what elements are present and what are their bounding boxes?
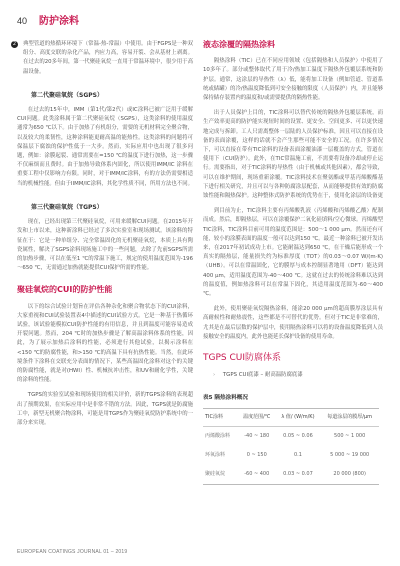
left-column: 2 典型管道的热循环环境下（常温-热-常温）中使用。由于FGPS是一种双组分、高… <box>17 40 193 434</box>
tic-table: TIC涂料 温度范围/℃ λ 值/ (W/m/K) 每道涂层的膜厚/μm 丙烯酸… <box>203 408 379 486</box>
tgps-cui-heading: TGPS CUI防腐体系 <box>203 354 383 363</box>
cui-paragraph-2: TGPS的实验室试验和现场使用的相关评价，新的TGPS涂料的表现超出了预期效果，… <box>17 391 193 428</box>
footer-journal: EUROPEAN COATINGS JOURNAL 01 – 2019 <box>17 549 127 555</box>
tgps-paragraph: 现在，已经出现第三代聚硅氧烷，可用来缓解CUI问题。在2015年开发和上市以来，… <box>17 218 193 273</box>
chevron-right-icon: › <box>213 372 215 378</box>
right-column: 液态涂覆的隔热涂料 隔热涂料（TIC）已在不同应用领域（包括隔热和人员保护）中使… <box>203 38 383 485</box>
table-header: TIC涂料 <box>203 408 238 426</box>
sgps-paragraph: 在过去的15年中，IMM（第1代/第2代）或IC涂料已被广泛用于缓解CUI问题。… <box>17 106 193 189</box>
tgps-heading: 第三代聚硅氧烷（TGPS） <box>31 203 193 212</box>
table-row: 环氧涂料 0 ~ 150 0.1 5 000 ~ 19 000 <box>203 446 379 465</box>
tic-paragraph-2: 出于人员保护上目的，TIC涂料可以替代传统的隔热外包覆层系统，而生产效率更高的防… <box>203 109 383 201</box>
table-row: 聚硅氧烷 -60 ~ 400 0.03 ~ 0.07 20 000 (800) <box>203 465 379 485</box>
table-header: λ 值/ (W/m/K) <box>276 408 321 426</box>
table-header: 每道涂层的膜厚/μm <box>320 408 379 426</box>
tic-paragraph-4: 此外，使用聚硅氧烷隔热涂料，能涂20 000 μm的超高膜厚涂层具有高耐候性和耐… <box>203 305 383 342</box>
table-row: 丙烯酸涂料 -40 ~ 180 0.05 ~ 0.06 500 ~ 1 000 <box>203 426 379 446</box>
cui-heading: 聚硅氧烷的CUI的防护性能 <box>17 285 193 294</box>
tic-paragraph-1: 隔热涂料（TIC）已在不同应用领域（包括隔热和人员保护）中使用了10多年了。部分… <box>203 57 383 103</box>
table-caption: 表5 隔热涂料概况 <box>203 394 383 403</box>
sgps-heading: 第二代聚硅氧烷（SGPS） <box>31 91 193 100</box>
intro-paragraph: 2 典型管道的热循环环境下（常温-热-常温）中使用。由于FGPS是一种双组分、高… <box>17 40 193 77</box>
tic-paragraph-3: 到目前为止，TIC涂料主要有丙烯酸乳液（丙烯酸和丙烯酸乙酸）配制而成。然后，即隔… <box>203 207 383 299</box>
page-header: 40 防护涂料 <box>17 12 79 27</box>
list-item: › TGPS CUI底漆 – 耐高温防腐底漆 <box>213 371 383 380</box>
table-header: 温度范围/℃ <box>238 408 276 426</box>
cui-paragraph-1: 以下的综合试验计划旨在评估各种杂化和聚合物状态下的CUI涂料，大家重视和CUI试… <box>17 303 193 386</box>
section-title: 防护涂料 <box>39 12 79 27</box>
page-number: 40 <box>17 16 27 26</box>
numbered-bullet-icon: 2 <box>11 41 18 48</box>
tic-heading: 液态涂覆的隔热涂料 <box>203 40 383 49</box>
table-header-row: TIC涂料 温度范围/℃ λ 值/ (W/m/K) 每道涂层的膜厚/μm <box>203 408 379 426</box>
